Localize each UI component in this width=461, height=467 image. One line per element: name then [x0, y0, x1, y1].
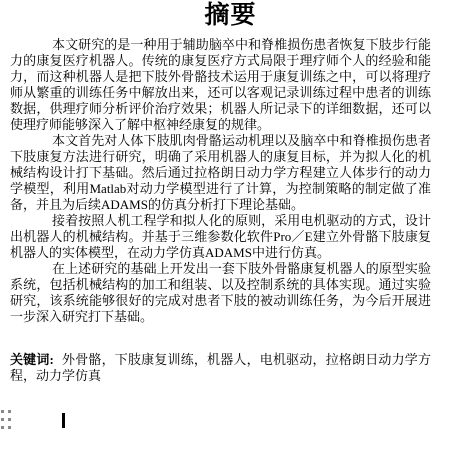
handle-dot	[1, 418, 4, 421]
handle-dot	[1, 410, 4, 413]
handle-dot	[1, 426, 4, 429]
paragraph-2: 本文首先对人体下肢肌肉骨骼运动机理以及脑卒中和脊椎损伤患者下肢康复方法进行研究，…	[10, 133, 431, 213]
document-page: 摘要 本文研究的是一种用于辅助脑卒中和脊椎损伤患者恢复下肢步行能力的康复医疗机器…	[0, 0, 461, 467]
paragraph-1: 本文研究的是一种用于辅助脑卒中和脊椎损伤患者恢复下肢步行能力的康复医疗机器人。传…	[10, 37, 431, 133]
handle-dot	[8, 418, 11, 421]
paragraph-3: 接着按照人机工程学和拟人化的原则，采用电机驱动的方式，设计出机器人的机械结构。并…	[10, 213, 431, 261]
handle-dot	[8, 426, 11, 429]
keywords-line: 关键词:外骨骼，下肢康复训练，机器人，电机驱动，拉格朗日动力学方程，动力学仿真	[10, 352, 431, 384]
drag-handle-dots-icon[interactable]	[1, 410, 11, 429]
handle-dot	[8, 410, 11, 413]
text-cursor	[62, 413, 65, 428]
keywords-label: 关键词:	[10, 352, 54, 367]
keywords-text: 外骨骼，下肢康复训练，机器人，电机驱动，拉格朗日动力学方程，动力学仿真	[10, 352, 431, 383]
abstract-body: 本文研究的是一种用于辅助脑卒中和脊椎损伤患者恢复下肢步行能力的康复医疗机器人。传…	[10, 37, 431, 325]
paragraph-4: 在上述研究的基础上开发出一套下肢外骨骼康复机器人的原型实验系统，包括机械结构的加…	[10, 261, 431, 325]
page-title: 摘要	[0, 0, 461, 29]
